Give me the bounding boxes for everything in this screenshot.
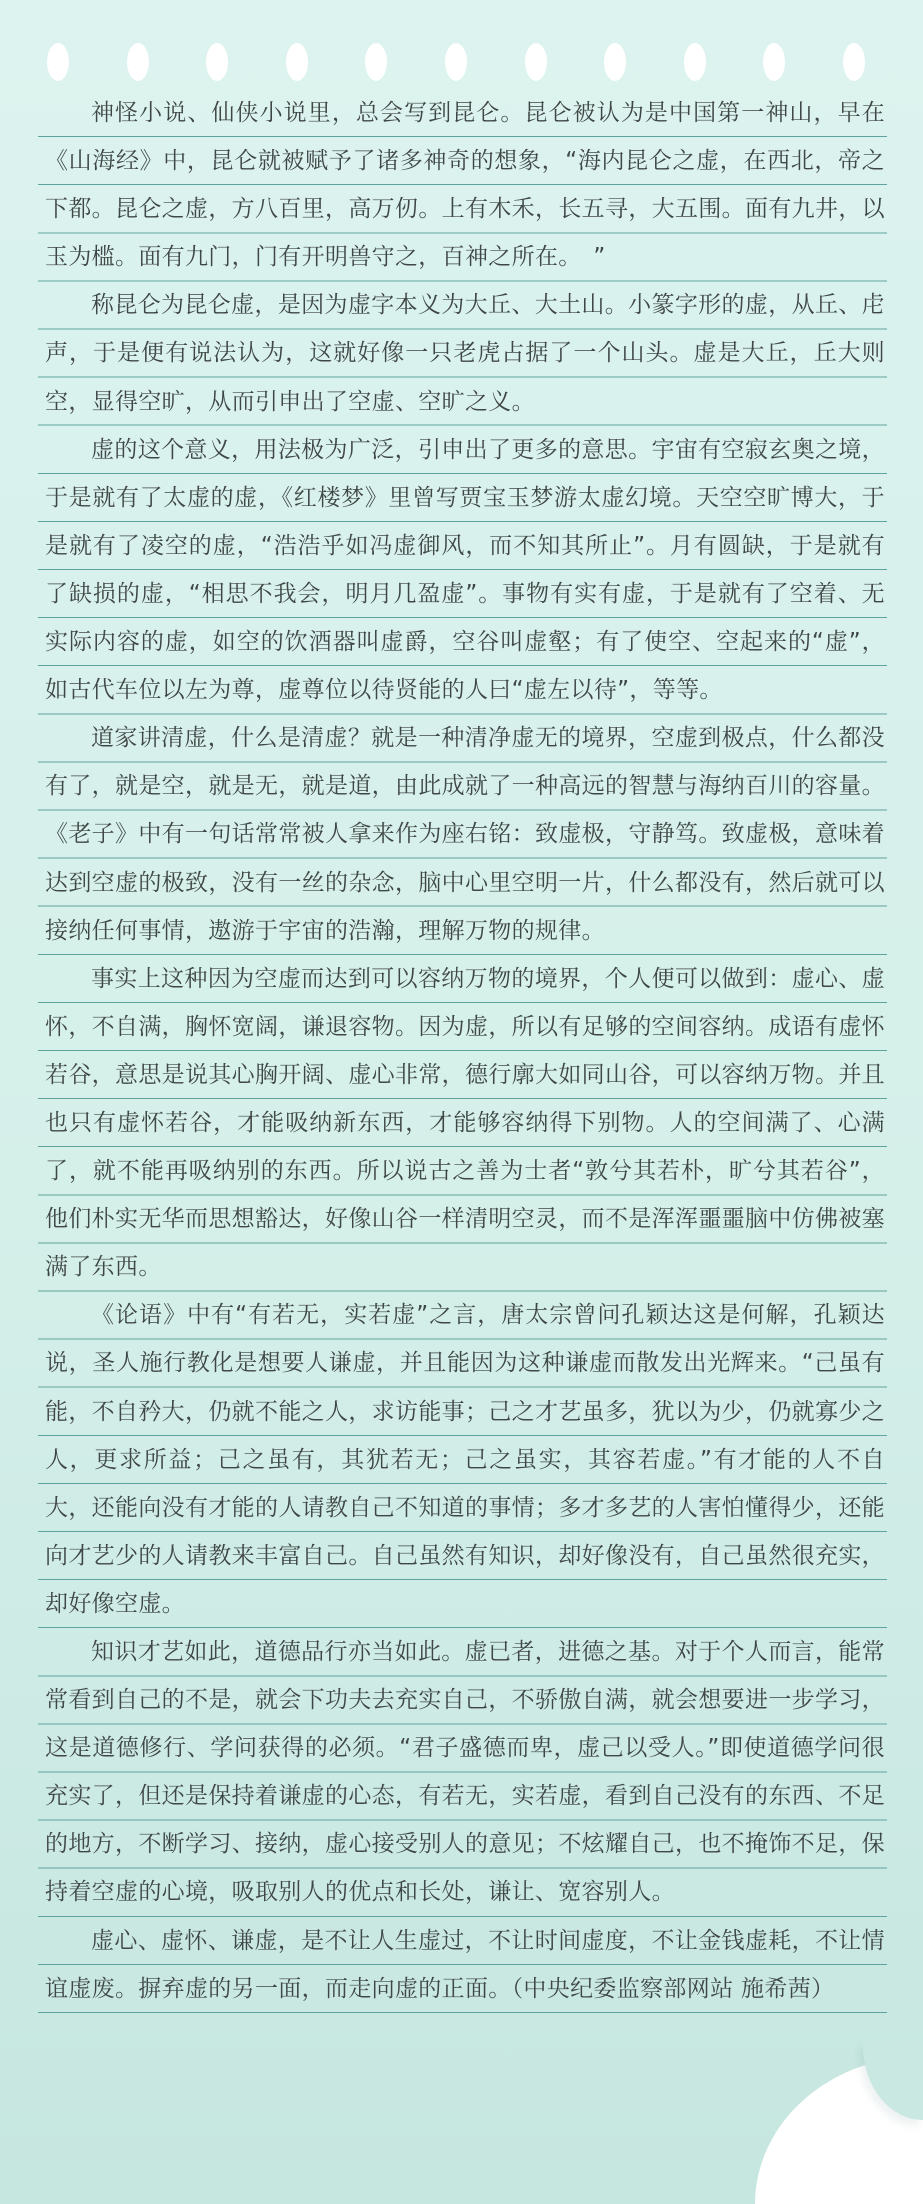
- binding-hole: [127, 43, 149, 81]
- binding-hole: [47, 43, 69, 81]
- binding-hole: [604, 43, 626, 81]
- notepad-page: 神怪小说、仙侠小说里，总会写到昆仑。昆仑被认为是中国第一神山，早在《山海经》中，…: [0, 0, 923, 2204]
- binding-hole: [843, 43, 865, 81]
- paragraph: 虚心、虚怀、谦虚，是不让人生虚过，不让时间虚度，不让金钱虚耗，不让情谊虚废。摒弃…: [38, 1917, 887, 2013]
- binding-holes: [47, 43, 865, 81]
- paragraph: 称昆仑为昆仑虚，是因为虚字本义为大丘、大土山。小篆字形的虚，从丘、虍声，于是便有…: [38, 281, 887, 425]
- binding-hole: [206, 43, 228, 81]
- binding-hole: [365, 43, 387, 81]
- paragraph: 《论语》中有“有若无，实若虚”之言，唐太宗曾问孔颖达这是何解，孔颖达说，圣人施行…: [38, 1291, 887, 1628]
- paragraph: 虚的这个意义，用法极为广泛，引申出了更多的意思。宇宙有空寂玄奥之境，于是就有了太…: [38, 426, 887, 715]
- paragraph: 知识才艺如此，道德品行亦当如此。虚已者，进德之基。对于个人而言，能常常看到自己的…: [38, 1628, 887, 1917]
- paragraph: 事实上这种因为空虚而达到可以容纳万物的境界，个人便可以做到：虚心、虚怀，不自满，…: [38, 955, 887, 1292]
- binding-hole: [286, 43, 308, 81]
- paragraph: 神怪小说、仙侠小说里，总会写到昆仑。昆仑被认为是中国第一神山，早在《山海经》中，…: [38, 89, 887, 281]
- paragraph: 道家讲清虚，什么是清虚？就是一种清净虚无的境界，空虚到极点，什么都没有了，就是空…: [38, 714, 887, 954]
- binding-hole: [763, 43, 785, 81]
- binding-hole: [684, 43, 706, 81]
- binding-hole: [445, 43, 467, 81]
- article-body: 神怪小说、仙侠小说里，总会写到昆仑。昆仑被认为是中国第一神山，早在《山海经》中，…: [38, 89, 887, 2013]
- binding-hole: [525, 43, 547, 81]
